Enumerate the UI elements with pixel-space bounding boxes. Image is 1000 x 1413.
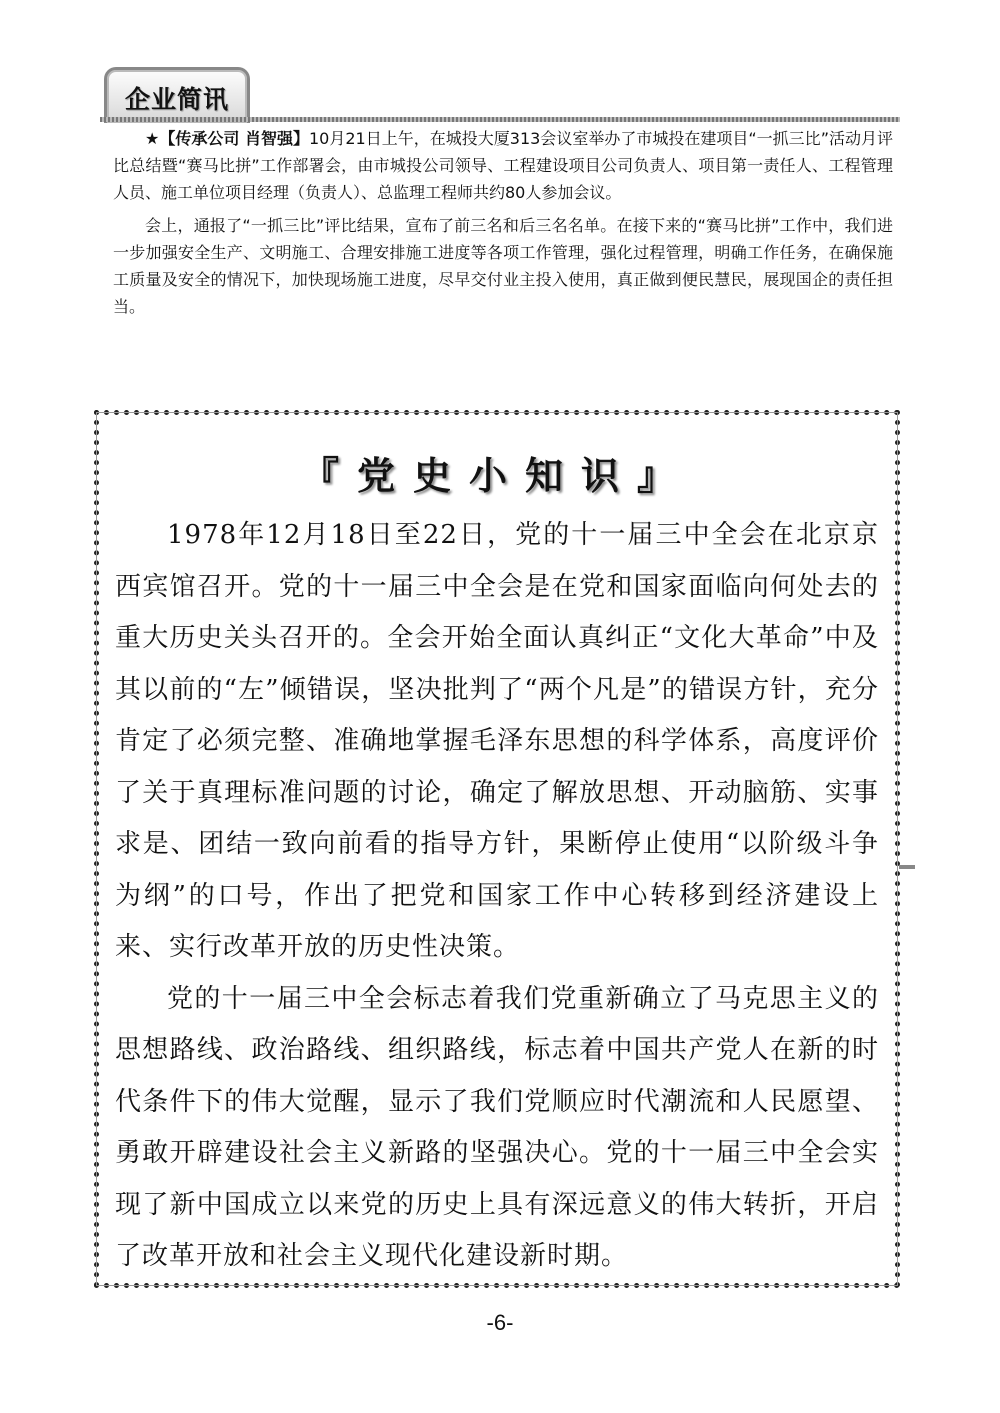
box-border-notch <box>899 865 915 869</box>
header-divider <box>100 117 900 122</box>
page-number: -6- <box>0 1310 1000 1336</box>
box-paragraph-2: 党的十一届三中全会标志着我们党重新确立了马克思主义的思想路线、政治路线、组织路线… <box>115 974 879 1283</box>
section-header-label: 企业简讯 <box>125 80 229 116</box>
news-paragraph-1: ★【传承公司 肖智强】10月21日上午，在城投大厦313会议室举办了市城投在建项… <box>113 125 893 206</box>
box-title: 『党史小知识』 <box>99 445 895 500</box>
section-header-tab: 企业简讯 <box>104 67 250 123</box>
news-paragraph-2: 会上，通报了“一抓三比”评比结果，宣布了前三名和后三名名单。在接下来的“赛马比拼… <box>113 212 893 320</box>
party-history-box: 『党史小知识』 1978年12月18日至22日，党的十一届三中全会在北京京西宾馆… <box>94 410 900 1288</box>
box-paragraph-1: 1978年12月18日至22日，党的十一届三中全会在北京京西宾馆召开。党的十一届… <box>115 510 879 974</box>
news-byline: ★【传承公司 肖智强】 <box>145 129 309 148</box>
box-body: 1978年12月18日至22日，党的十一届三中全会在北京京西宾馆召开。党的十一届… <box>115 510 879 1283</box>
news-section: ★【传承公司 肖智强】10月21日上午，在城投大厦313会议室举办了市城投在建项… <box>113 125 893 326</box>
